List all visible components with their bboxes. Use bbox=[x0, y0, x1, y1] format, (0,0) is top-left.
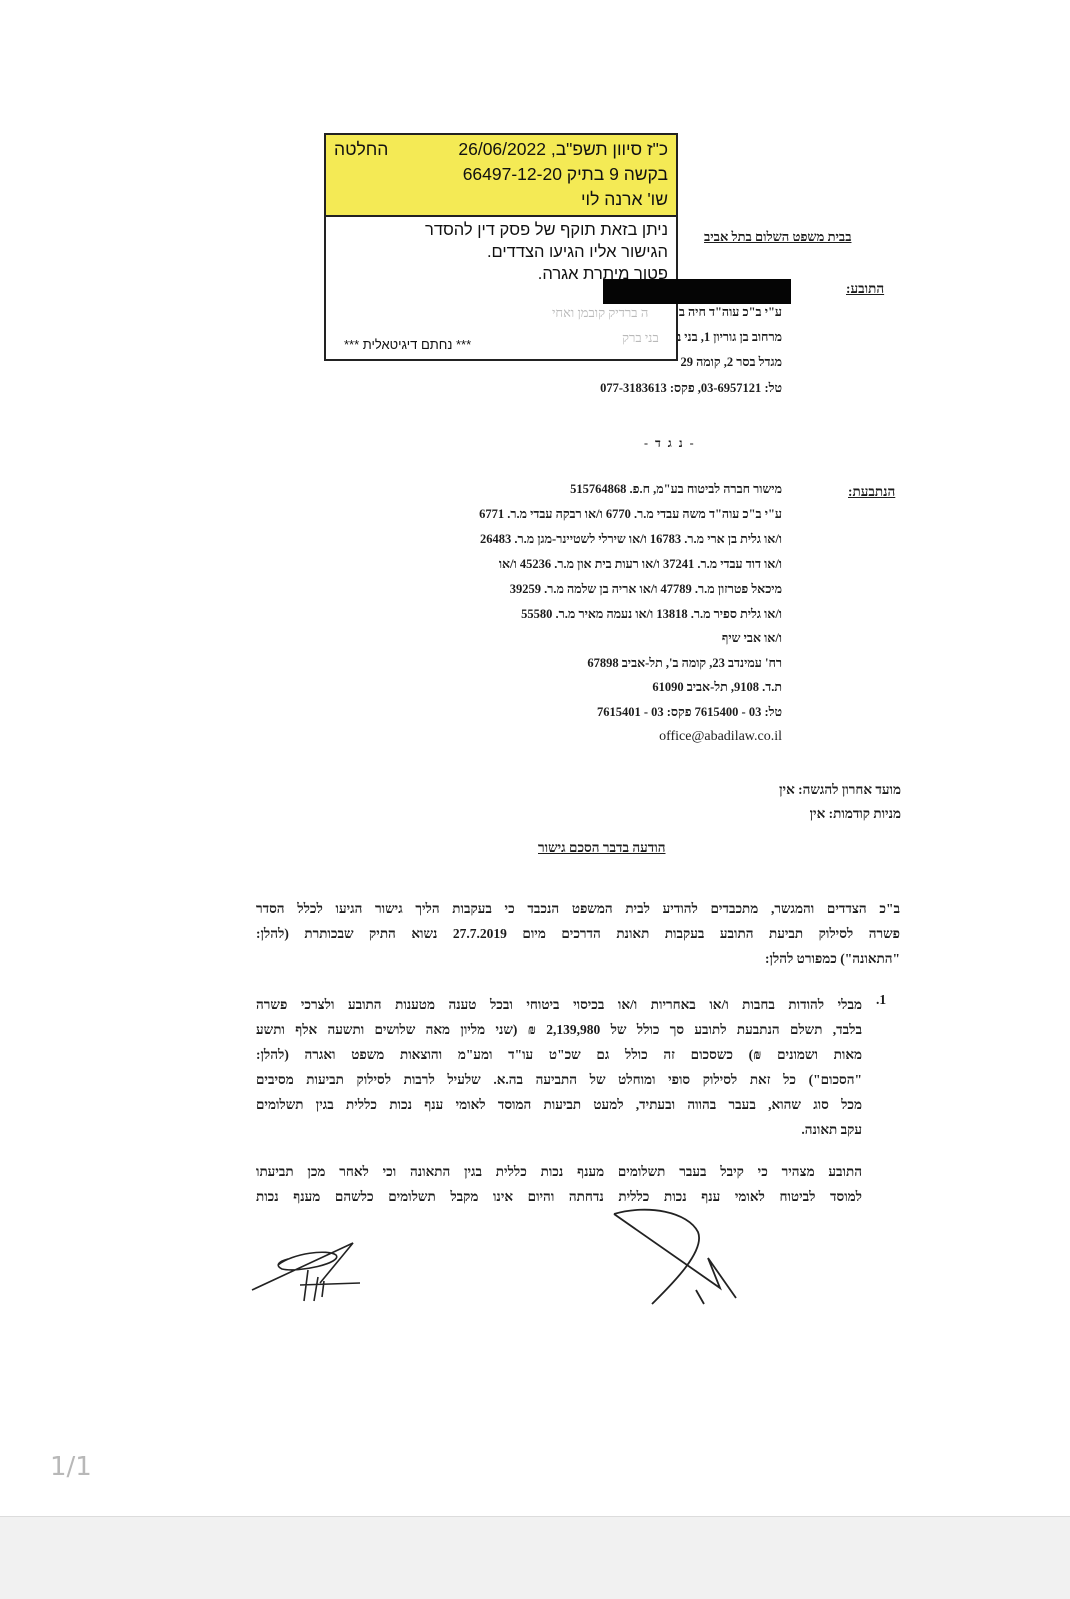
decision-line-2: הגישור אליו הגיעו הצדדים. bbox=[487, 243, 668, 262]
clause-1-line-6: עקב תאונה. bbox=[256, 1117, 862, 1142]
stamp-header: כ"ז סיוון תשפ"ב, 26/06/2022 החלטה בקשה 9… bbox=[326, 135, 676, 217]
digital-signature-note: *** נחתם דיגיטאלית *** bbox=[344, 337, 471, 352]
defendant-line-6: ו/או גלית ספיר מ.ר. 13818 ו/או נעמה מאיר… bbox=[521, 607, 782, 622]
clause-2: התובע מצהיר כי קיבל בעבר תשלומים מענף נכ… bbox=[256, 1159, 862, 1209]
prior-cases: מניות קודמות: אין bbox=[810, 806, 901, 822]
redaction-bar bbox=[603, 279, 791, 304]
clause-1: מבלי להודות בחבות ו/או באחריות ו/או בכיס… bbox=[256, 992, 862, 1142]
document-title: הודעה בדבר הסכם גישור bbox=[538, 840, 666, 856]
signature-right bbox=[608, 1208, 743, 1308]
clause-1-line-2: בלבד, תשלם הנתבעת לתובע סך כולל של 2,139… bbox=[256, 1017, 862, 1042]
stamp-case-number: בקשה 9 בתיק 66497-12-20 bbox=[463, 164, 668, 185]
stamp-date: כ"ז סיוון תשפ"ב, 26/06/2022 bbox=[458, 139, 668, 160]
page-indicator: 1/1 bbox=[50, 1452, 92, 1482]
stamp-type: החלטה bbox=[334, 139, 388, 160]
ghost-plaintiff-text: ה ברדיק קובמן ואחי bbox=[552, 305, 648, 321]
clause-1-line-1: מבלי להודות בחבות ו/או באחריות ו/או בכיס… bbox=[256, 992, 862, 1017]
decision-line-1: ניתן בזאת תוקף של פסק דין להסדר bbox=[425, 221, 668, 240]
intro-line-2: פשרה לסילוק תביעת התובע בעקבות תאונת הדר… bbox=[256, 921, 900, 946]
clause-1-number: 1. bbox=[876, 992, 886, 1008]
clause-2-line-1: התובע מצהיר כי קיבל בעבר תשלומים מענף נכ… bbox=[256, 1159, 862, 1184]
versus-label: - נ ג ד - bbox=[644, 436, 696, 451]
clause-1-line-5: מכל סוג שהוא, בעבר בהווה ובעתיד, למעט תב… bbox=[256, 1092, 862, 1117]
ghost-plaintiff-text-2: בני ברק bbox=[622, 330, 659, 346]
intro-line-1: ב"כ הצדדים והמגשר, מתכבדים להודיע לבית ה… bbox=[256, 896, 900, 921]
plaintiff-label: התובע: bbox=[846, 281, 884, 297]
defendant-line-1: מישור חברה לביטוח בע"מ, ח.פ. 515764868 bbox=[570, 482, 782, 497]
defendant-line-7: ו/או אבי שיף bbox=[722, 631, 782, 646]
plaintiff-line-4: טל: 03-6957121, פקס: 077-3183613 bbox=[600, 381, 782, 396]
defendant-label: הנתבעת: bbox=[848, 484, 895, 500]
next-filing-date: מועד אחרון להגשה: אין bbox=[779, 782, 901, 798]
document-page: בבית משפט השלום בתל אביב התובע: ע"י ב"כ … bbox=[0, 0, 1070, 1516]
defendant-line-2: ע"י ב"כ עוה"ד משה עבדי מ.ר. 6770 ו/או רב… bbox=[479, 507, 782, 522]
clause-1-line-4: "הסכום") כל זאת לסילוק סופי ומוחלט של הת… bbox=[256, 1067, 862, 1092]
defendant-line-8: רח' עמינדב 23, קומה ב', תל-אביב 67898 bbox=[587, 656, 782, 671]
intro-line-3: "התאונה") כמפורט להלן: bbox=[256, 946, 900, 971]
defendant-line-4: ו/או דוד עבדי מ.ר. 37241 ו/או רעות בית א… bbox=[499, 557, 782, 572]
defendant-line-5: מיכאל פטרזון מ.ר. 47789 ו/או אריה בן שלמ… bbox=[510, 582, 782, 597]
stamp-judge: שו' ארנה לוי bbox=[581, 189, 668, 210]
viewer-bottom-bar bbox=[0, 1516, 1070, 1599]
defendant-line-3: ו/או גלית בן ארי מ.ר. 16783 ו/או שירלי ל… bbox=[480, 532, 782, 547]
plaintiff-line-2: מרחוב בן גוריון 1, בני ברק bbox=[662, 330, 782, 345]
court-decision-stamp: כ"ז סיוון תשפ"ב, 26/06/2022 החלטה בקשה 9… bbox=[324, 133, 678, 361]
clause-2-line-2: למוסד לביטוח לאומי ענף נכות כללית נדחתה … bbox=[256, 1184, 862, 1209]
defendant-line-9: ת.ד. 9108, תל-אביב 61090 bbox=[652, 680, 782, 695]
intro-paragraph: ב"כ הצדדים והמגשר, מתכבדים להודיע לבית ה… bbox=[256, 896, 900, 971]
clause-1-line-3: מאות ושמונים ₪) כשסכום זה כולל גם שכ"ט ע… bbox=[256, 1042, 862, 1067]
signature-left bbox=[248, 1235, 368, 1305]
court-name: בבית משפט השלום בתל אביב bbox=[704, 229, 851, 245]
plaintiff-line-3: מגדל בסר 2, קומה 29 bbox=[680, 355, 782, 370]
defendant-line-10: טל: 03 - 7615400 פקס: 03 - 7615401 bbox=[597, 705, 782, 720]
defendant-line-11: office@abadilaw.co.il bbox=[659, 729, 782, 745]
